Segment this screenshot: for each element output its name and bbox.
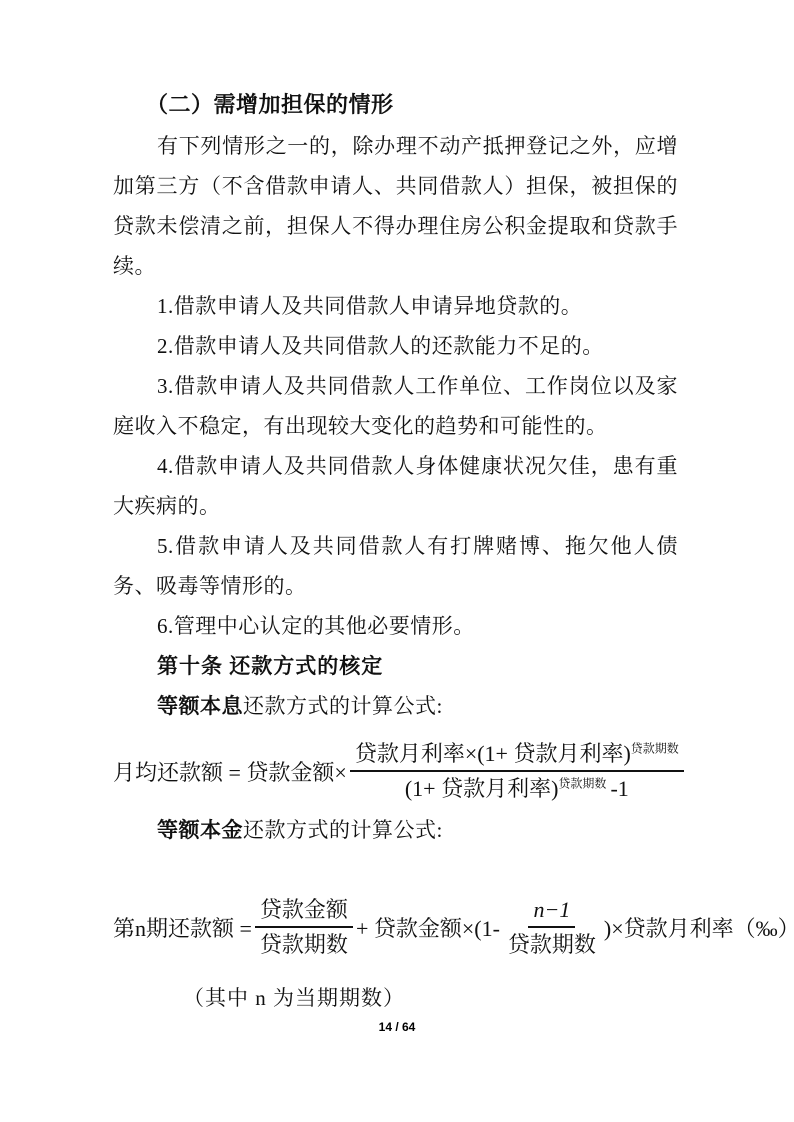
list-item-4: 4.借款申请人及共同借款人身体健康状况欠佳，患有重大疾病的。	[113, 446, 678, 526]
formula1-denominator-base: (1+ 贷款月利率)	[405, 776, 559, 801]
formula2-fraction2-numerator: n−1	[528, 897, 575, 927]
equal-principal-label: 等额本金还款方式的计算公式:	[113, 810, 678, 850]
formula1-fraction: 贷款月利率×(1+ 贷款月利率)贷款期数 (1+ 贷款月利率)贷款期数-1	[350, 741, 684, 801]
section-heading: （二）需增加担保的情形	[113, 84, 678, 126]
equal-installment-label-rest: 还款方式的计算公式:	[243, 694, 443, 718]
formula1-numerator: 贷款月利率×(1+ 贷款月利率)贷款期数	[350, 741, 684, 771]
formula1-denominator-exponent: 贷款期数	[558, 776, 606, 790]
formula2-fraction-2: n−1 贷款期数	[503, 897, 601, 957]
formula-note: （其中 n 为当期期数）	[183, 978, 678, 1018]
page-content: （二）需增加担保的情形 有下列情形之一的，除办理不动产抵押登记之外，应增加第三方…	[113, 84, 678, 1018]
document-page: （二）需增加担保的情形 有下列情形之一的，除办理不动产抵押登记之外，应增加第三方…	[0, 0, 794, 1122]
formula2-lhs: 第n期还款额 =	[113, 912, 252, 943]
formula-equal-principal: 第n期还款额 = 贷款金额 贷款期数 + 贷款金额×(1- n−1 贷款期数 )…	[113, 890, 678, 964]
list-item-3: 3.借款申请人及共同借款人工作单位、工作岗位以及家庭收入不稳定，有出现较大变化的…	[113, 366, 678, 446]
formula2-fraction1-denominator: 贷款期数	[255, 928, 353, 957]
formula2-fraction1-numerator: 贷款金额	[255, 897, 353, 927]
formula2-tail: )×贷款月利率（‰）	[604, 912, 794, 943]
formula1-numerator-base: 贷款月利率×(1+ 贷款月利率)	[355, 741, 631, 766]
formula1-lhs: 月均还款额 = 贷款金额×	[113, 756, 347, 787]
formula2-middle: + 贷款金额×(1-	[356, 912, 500, 943]
equal-installment-label-bold: 等额本息	[157, 694, 243, 718]
article-heading: 第十条 还款方式的核定	[113, 646, 678, 686]
equal-principal-label-bold: 等额本金	[157, 818, 243, 842]
list-item-1: 1.借款申请人及共同借款人申请异地贷款的。	[113, 286, 678, 326]
formula2-fraction2-denominator: 贷款期数	[503, 928, 601, 957]
formula1-numerator-exponent: 贷款期数	[631, 742, 679, 756]
page-number: 14 / 64	[0, 1020, 794, 1034]
formula-equal-installment: 月均还款额 = 贷款金额× 贷款月利率×(1+ 贷款月利率)贷款期数 (1+ 贷…	[113, 732, 678, 810]
formula1-denominator: (1+ 贷款月利率)贷款期数-1	[400, 772, 634, 801]
list-item-5: 5.借款申请人及共同借款人有打牌赌博、拖欠他人债务、吸毒等情形的。	[113, 526, 678, 606]
list-item-2: 2.借款申请人及共同借款人的还款能力不足的。	[113, 326, 678, 366]
list-item-6: 6.管理中心认定的其他必要情形。	[113, 606, 678, 646]
formula2-fraction-1: 贷款金额 贷款期数	[255, 897, 353, 957]
intro-paragraph: 有下列情形之一的，除办理不动产抵押登记之外，应增加第三方（不含借款申请人、共同借…	[113, 126, 678, 286]
equal-installment-label: 等额本息还款方式的计算公式:	[113, 686, 678, 726]
equal-principal-label-rest: 还款方式的计算公式:	[243, 818, 443, 842]
formula1-denominator-tail: -1	[610, 776, 628, 801]
